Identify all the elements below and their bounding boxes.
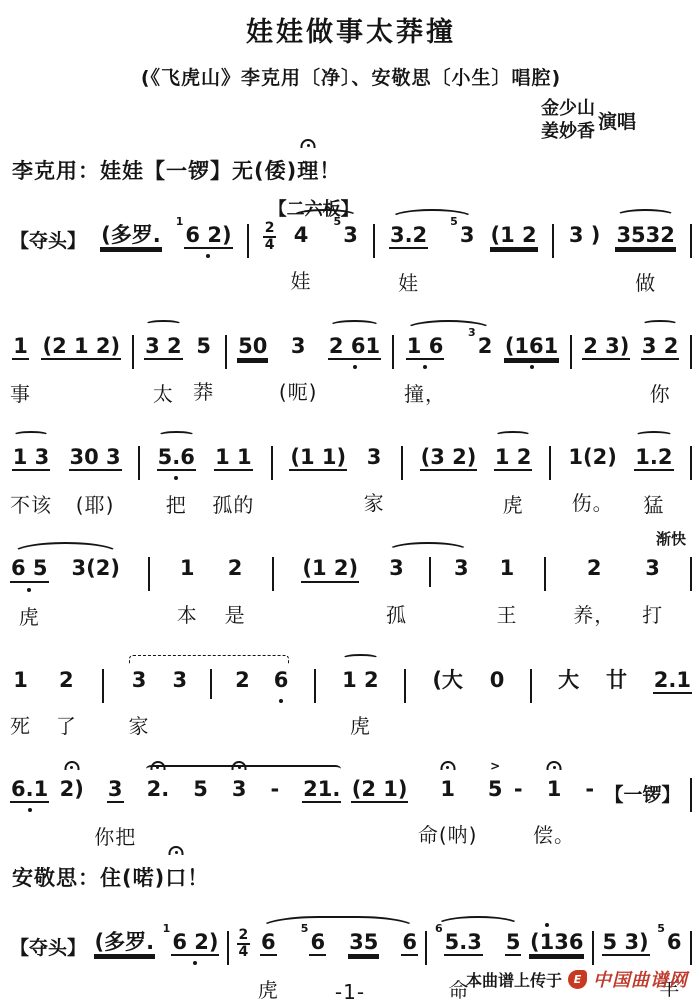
note-text: 1 3 xyxy=(12,445,51,471)
note-text: 3 xyxy=(231,777,248,801)
note-token: 1(2)伤。 xyxy=(567,445,617,516)
note-text: - xyxy=(584,777,595,801)
lyric: 养， xyxy=(573,599,615,628)
lyric: 孤 xyxy=(386,599,407,628)
note-token: 3(呃) xyxy=(279,334,318,405)
time-signature: 24 xyxy=(237,928,251,959)
note-row: (136 xyxy=(529,930,584,956)
note-row: 3 xyxy=(388,556,405,580)
fermata-icon xyxy=(64,761,79,770)
speech-line-anjingsi: 安敬思：住(喏)口！ xyxy=(12,862,694,892)
note-token: 1.2猛 xyxy=(634,445,673,518)
note-row: 3 xyxy=(172,668,189,692)
note-row: 3 xyxy=(290,334,307,358)
fermata-dot xyxy=(156,766,159,769)
barline xyxy=(148,557,150,591)
note-token: (2 1 2) xyxy=(41,334,121,360)
lyric: 家 xyxy=(364,487,385,516)
note-row: 56 xyxy=(301,930,326,956)
note-row: 35 xyxy=(348,930,379,956)
note-text: 2 xyxy=(586,556,603,580)
note-row: 5 xyxy=(192,777,209,801)
note-token: 1 1孤的 xyxy=(212,445,254,518)
note-text: 0 xyxy=(489,668,506,692)
note-text: 3 xyxy=(366,445,383,469)
note-row: 5.6 xyxy=(157,445,196,471)
low-octave-dot xyxy=(279,699,283,703)
note-row: 1 xyxy=(546,777,563,801)
lyric: 不该 xyxy=(10,489,52,518)
note-token: 1王 xyxy=(496,556,517,627)
note-text: 4 xyxy=(293,223,310,247)
grace-note: 6 xyxy=(435,923,443,934)
high-octave-dot xyxy=(545,923,549,927)
note-token: (1 2) xyxy=(301,556,359,582)
site-logo-icon: E xyxy=(568,970,587,989)
note-token: 3532做 xyxy=(615,223,675,296)
note-row: 21. xyxy=(302,777,341,803)
note-row: (2 1 2) xyxy=(41,334,121,360)
note-token: - xyxy=(513,777,524,801)
note-token: 3 xyxy=(231,777,248,801)
note-group: 3孤3 xyxy=(386,556,470,627)
note-token: 1事 xyxy=(10,334,31,407)
note-text: 6 5 xyxy=(10,556,49,582)
site-name: 中国曲谱网 xyxy=(593,966,688,992)
barline xyxy=(570,335,572,369)
note-text: 3 xyxy=(644,556,661,580)
note-token: 5.6把 xyxy=(157,445,196,518)
note-token: 5莽 xyxy=(193,334,214,405)
note-row: 3 2 xyxy=(641,334,680,360)
lyric: 死 xyxy=(10,710,31,739)
note-row: 3 xyxy=(453,556,470,580)
note-token: 6 xyxy=(273,668,290,692)
lyric: 王 xyxy=(496,599,517,628)
note-group-row: 1 6撞，32 xyxy=(404,334,493,407)
note-row: 1 xyxy=(499,556,516,580)
note-row: (1 2 xyxy=(490,223,538,249)
note-token: - xyxy=(269,777,280,801)
grace-note: 1 xyxy=(163,923,171,934)
subtitle: (《飞虎山》李克用〔净〕、安敬思〔小生〕唱腔) xyxy=(8,63,694,90)
note-token: 3 xyxy=(453,556,470,580)
note-row: 3 ) xyxy=(568,223,602,247)
note-token: 2 3) xyxy=(582,334,630,360)
low-octave-dot xyxy=(206,254,210,258)
note-text: 6 xyxy=(666,930,683,954)
note-token: 6.1 xyxy=(10,777,49,803)
note-token: 35 xyxy=(348,930,379,956)
note-token: 3孤 xyxy=(386,556,407,627)
note-text: (136 xyxy=(529,930,584,956)
note-token: 1死 xyxy=(10,668,31,739)
note-text: (多罗. xyxy=(94,930,156,956)
note-text: 3 xyxy=(459,223,476,247)
note-token: 3.2娃 xyxy=(389,223,428,296)
note-text: 6 2) xyxy=(171,930,219,956)
note-text: 21. xyxy=(302,777,341,803)
note-text: 1 xyxy=(499,556,516,580)
note-row: 53 xyxy=(334,223,359,247)
lyric: 了 xyxy=(56,710,77,739)
note-row: 3532 xyxy=(615,223,675,249)
note-token: 4娃 xyxy=(291,223,312,294)
note-row: 3 xyxy=(231,777,248,801)
note-text: 3 xyxy=(290,334,307,358)
barline xyxy=(690,446,692,480)
note-token: 30 3(耶) xyxy=(69,445,122,518)
note-row: (161 xyxy=(504,334,559,360)
note-text: 2 xyxy=(227,556,244,580)
note-token: (161 xyxy=(504,334,559,360)
note-row: 65.3 xyxy=(435,930,483,956)
notation-area: 【二六板】【夺头】(多罗.16 2)244娃533.2娃53(1 23 )353… xyxy=(8,193,694,850)
note-token: 5 xyxy=(505,930,522,956)
note-row: 1(2) xyxy=(567,445,617,469)
barline xyxy=(272,557,274,591)
note-row: 5 xyxy=(505,930,522,956)
grace-note: 5 xyxy=(334,216,342,227)
note-row: 2 3) xyxy=(582,334,630,360)
barline xyxy=(392,335,394,369)
note-text: 大 xyxy=(557,668,580,692)
note-row: 1 xyxy=(12,334,29,360)
note-row: 3.2 xyxy=(389,223,428,249)
music-system: 1 3不该30 3(耶)5.6把1 1孤的(1 1)3家(3 2)1 2虎1(2… xyxy=(8,415,694,518)
note-text: 1 6 xyxy=(406,334,445,360)
note-token: (3 2) xyxy=(420,445,478,471)
note-row: 5 3) xyxy=(602,930,650,956)
low-octave-dot xyxy=(530,365,534,369)
note-group-row: 6 5虎3(2) xyxy=(10,556,121,629)
note-token: 2. xyxy=(146,777,171,801)
note-text: 2) xyxy=(59,777,85,801)
note-token: 3 ) xyxy=(568,223,602,247)
lyric: 虎 xyxy=(503,489,524,518)
note-token: (1 2 xyxy=(490,223,538,249)
note-text: 3.2 xyxy=(389,223,428,249)
note-row: 3 xyxy=(366,445,383,469)
barline xyxy=(544,557,546,591)
note-token: 3(2) xyxy=(71,556,121,580)
barline xyxy=(429,557,431,587)
note-text: 5> xyxy=(487,777,504,801)
lyric: 事 xyxy=(10,378,31,407)
low-octave-dot xyxy=(27,588,31,592)
note-row: 1 2 xyxy=(494,445,533,471)
note-token: 1 6撞， xyxy=(404,334,446,407)
fermata-icon xyxy=(232,761,247,770)
lyric: 撞， xyxy=(404,378,446,407)
note-row: 32 xyxy=(468,334,493,358)
note-token: 1 2虎 xyxy=(341,668,380,739)
fermata-dot xyxy=(238,766,241,769)
note-text: 2 xyxy=(477,334,494,358)
note-text: (2 1) xyxy=(351,777,409,803)
note-row: (3 2) xyxy=(420,445,478,471)
note-row: 1 xyxy=(12,668,29,692)
note-group: 2.53-21. xyxy=(146,777,342,803)
note-row: 3 xyxy=(131,668,148,692)
upload-credit: 本曲谱上传于 E 中国曲谱网 xyxy=(466,966,688,992)
barline xyxy=(401,446,403,480)
barline xyxy=(314,669,316,703)
note-row: 3 xyxy=(644,556,661,580)
note-token: 2) xyxy=(59,777,85,801)
note-token: 3你把 xyxy=(94,777,136,850)
lyric: 孤的 xyxy=(212,489,254,518)
note-text: 3 2 xyxy=(641,334,680,360)
note-row: 1 xyxy=(439,777,456,801)
accent-mark: > xyxy=(490,760,500,774)
low-octave-dot xyxy=(174,476,178,480)
note-row: 6 xyxy=(260,930,277,956)
note-text: 2.1 xyxy=(653,668,692,694)
note-token: 2了 xyxy=(56,668,77,739)
note-token: 53 xyxy=(450,223,475,247)
fermata-dot xyxy=(70,766,73,769)
page-title: 娃娃做事太莽撞 xyxy=(8,10,694,49)
note-token: 3 2你 xyxy=(641,334,680,407)
note-token: 大 xyxy=(557,668,580,692)
lyric: (耶) xyxy=(76,489,115,518)
note-row: (1 2) xyxy=(301,556,359,582)
lyric: 命(呐) xyxy=(418,819,478,848)
lyric: 打 xyxy=(642,599,663,628)
note-row: - xyxy=(513,777,524,801)
lyric: 是 xyxy=(225,599,246,628)
footer: -1- 本曲谱上传于 E 中国曲谱网 xyxy=(0,962,700,1008)
note-token: 16 2) xyxy=(176,223,233,249)
note-token: 56 xyxy=(301,930,326,956)
note-text: (1 1) xyxy=(289,445,347,471)
note-row: 3 xyxy=(107,777,124,803)
grace-note: 3 xyxy=(468,327,476,338)
note-token: 1 3不该 xyxy=(10,445,52,518)
lyric: 娃 xyxy=(398,267,419,296)
note-text: 3 2 xyxy=(144,334,183,360)
note-text: (3 2) xyxy=(420,445,478,471)
time-signature-numerator: 2 xyxy=(263,221,277,238)
lyric: 伤。 xyxy=(572,487,614,516)
score-label: 【夺头】 xyxy=(10,226,86,253)
barline xyxy=(247,224,249,258)
note-token: 0 xyxy=(489,668,506,692)
barline xyxy=(404,669,406,703)
barline xyxy=(102,669,104,703)
note-token: 3 xyxy=(172,668,189,692)
fermata-icon xyxy=(440,761,455,770)
note-token: 2是 xyxy=(225,556,246,627)
note-text: 5 xyxy=(195,334,212,358)
lyric: 娃 xyxy=(291,265,312,294)
note-row: 5> xyxy=(487,777,504,801)
note-group-row: 2.53-21. xyxy=(146,777,342,803)
note-row: 1 xyxy=(179,556,196,580)
note-group-row: 3.2娃53 xyxy=(389,223,475,296)
note-text: 1.2 xyxy=(634,445,673,471)
note-text: 1 xyxy=(439,777,456,801)
barline xyxy=(690,335,692,369)
note-token: 16 2) xyxy=(163,930,220,956)
note-row: 16 2) xyxy=(163,930,220,956)
note-text: 1 2 xyxy=(341,668,380,692)
lyric: 你把 xyxy=(94,821,136,850)
time-signature-numerator: 2 xyxy=(237,928,251,945)
note-token: 53 xyxy=(334,223,359,247)
note-token: - xyxy=(584,777,595,801)
note-row: 2 xyxy=(234,668,251,692)
note-row: 30 3 xyxy=(69,445,122,471)
page-number: -1- xyxy=(335,980,365,1004)
performer-names: 金少山 姜妙香 xyxy=(541,98,595,143)
speaker-name: 李克用： xyxy=(12,159,100,183)
note-row: 1 3 xyxy=(12,445,51,471)
note-text: 3 xyxy=(388,556,405,580)
note-row: 6 xyxy=(273,668,290,692)
note-text: - xyxy=(513,777,524,801)
note-text: 1 xyxy=(12,334,29,360)
note-row: 1 6 xyxy=(406,334,445,360)
speech-line-likeyong: 李克用：娃娃【一锣】无(倭)理！ xyxy=(12,155,694,185)
note-text: - xyxy=(269,777,280,801)
note-text: 6 xyxy=(309,930,326,956)
gong-label: 【一锣】 xyxy=(144,159,232,183)
time-signature: 24 xyxy=(263,221,277,252)
upload-text: 本曲谱上传于 xyxy=(466,968,562,991)
barline xyxy=(425,931,427,965)
lyric: 把 xyxy=(166,489,187,518)
note-row: - xyxy=(584,777,595,801)
note-group: 1 6撞，32 xyxy=(404,334,493,407)
note-text: 1 xyxy=(12,668,29,692)
note-row: 2) xyxy=(59,777,85,801)
note-text: 1(2) xyxy=(567,445,617,469)
note-token: 6 xyxy=(401,930,418,956)
note-row: (大 xyxy=(431,668,464,692)
note-text: 6 xyxy=(401,930,418,956)
low-octave-dot xyxy=(28,808,32,812)
note-text: 3 xyxy=(342,223,359,247)
note-text: 5.6 xyxy=(157,445,196,471)
note-token: 3 2太 xyxy=(144,334,183,407)
music-system: 渐快6 5虎3(2)1本2是(1 2)3孤31王2养，3打 xyxy=(8,526,694,629)
lyric: 本 xyxy=(177,599,198,628)
score-label: 【一锣】 xyxy=(605,780,681,807)
note-token: 3家 xyxy=(129,668,150,739)
barline xyxy=(690,557,692,591)
note-row: 2.1 xyxy=(653,668,692,694)
barline xyxy=(210,669,212,699)
note-row: - xyxy=(269,777,280,801)
note-text: 5 xyxy=(505,930,522,956)
note-token: 1 2虎 xyxy=(494,445,533,518)
note-row: 2. xyxy=(146,777,171,801)
music-system: 【二六板】【夺头】(多罗.16 2)244娃533.2娃53(1 23 )353… xyxy=(8,193,694,296)
grace-note: 5 xyxy=(301,923,309,934)
fermata-dot xyxy=(446,766,449,769)
note-text: (2 1 2) xyxy=(41,334,121,360)
barline xyxy=(530,669,532,703)
note-row: 3 2 xyxy=(144,334,183,360)
note-row: 3(2) xyxy=(71,556,121,580)
note-text: 3 xyxy=(107,777,124,803)
note-row: 1 1 xyxy=(214,445,253,471)
grace-note: 1 xyxy=(176,216,184,227)
lyric: 做 xyxy=(635,267,656,296)
performer-name-2: 姜妙香 xyxy=(541,121,595,144)
barline xyxy=(552,224,554,258)
note-token: (大 xyxy=(431,668,464,692)
time-signature-denominator: 4 xyxy=(263,238,277,253)
note-token: 2.1 xyxy=(653,668,692,694)
note-text: 5 xyxy=(192,777,209,801)
barline xyxy=(271,446,273,480)
note-text: 6 xyxy=(273,668,290,692)
speech-text: 娃娃 xyxy=(100,159,144,183)
note-text: 3(2) xyxy=(71,556,121,580)
note-text: 1 2 xyxy=(494,445,533,471)
note-token: 5 xyxy=(192,777,209,801)
note-token: 1偿。 xyxy=(533,777,575,848)
speech-text: 住(喏) xyxy=(100,866,165,890)
note-row: 6 xyxy=(401,930,418,956)
lyric: 猛 xyxy=(643,489,664,518)
note-token: (136 xyxy=(529,930,584,956)
note-token: (多罗. xyxy=(94,930,156,956)
barline xyxy=(690,931,692,965)
lyric: 虎 xyxy=(19,601,40,630)
note-row: 53 xyxy=(450,223,475,247)
speech-text: ！ xyxy=(319,159,341,183)
fermata-icon xyxy=(547,761,562,770)
tempo-or-banshi-label: 渐快 xyxy=(656,528,686,549)
note-text: 6.1 xyxy=(10,777,49,803)
note-row: 大 xyxy=(557,668,580,692)
note-text: 3 xyxy=(172,668,189,692)
note-row: 4 xyxy=(293,223,310,247)
lyric: 莽 xyxy=(193,376,214,405)
lyric: (呃) xyxy=(279,376,318,405)
note-text: 1 xyxy=(179,556,196,580)
note-row: 2 xyxy=(586,556,603,580)
note-row: 1.2 xyxy=(634,445,673,471)
speech-text: ！ xyxy=(187,866,209,890)
note-token: 1本 xyxy=(177,556,198,627)
note-text: 35 xyxy=(348,930,379,956)
low-octave-dot xyxy=(423,365,427,369)
lyric: 你 xyxy=(650,378,671,407)
time-signature-denominator: 4 xyxy=(237,945,251,960)
note-text: (161 xyxy=(504,334,559,360)
fermata-dot xyxy=(553,766,556,769)
note-text: 3 ) xyxy=(568,223,602,247)
note-row: 1 2 xyxy=(341,668,380,692)
note-text: (1 2) xyxy=(301,556,359,582)
barline xyxy=(592,931,594,965)
note-token: 32 xyxy=(468,334,493,358)
note-text: (多罗. xyxy=(100,223,162,249)
note-token: (多罗. xyxy=(100,223,162,249)
note-text: 5.3 xyxy=(444,930,483,956)
fermata-char: 口 xyxy=(165,862,187,892)
note-text: 1 1 xyxy=(214,445,253,471)
note-text: (大 xyxy=(431,668,464,692)
note-token: 2 xyxy=(234,668,251,692)
note-row: 50 xyxy=(237,334,268,360)
performer-block: 金少山 姜妙香 演唱 xyxy=(8,98,636,143)
